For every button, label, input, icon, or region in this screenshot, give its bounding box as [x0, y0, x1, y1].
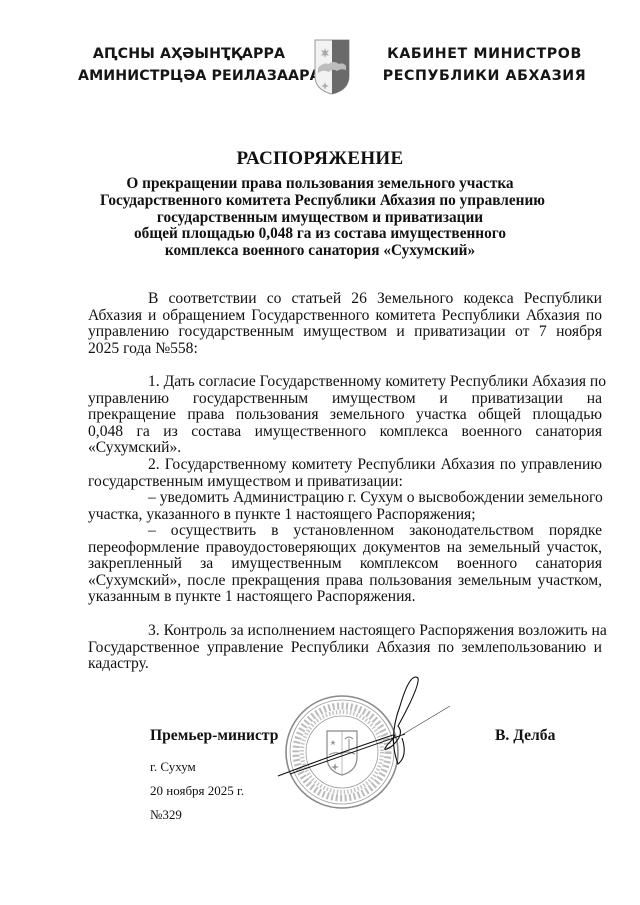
document-subject: О прекращении права пользования земельно… [100, 176, 540, 260]
header-russian-line-1: КАБИНЕТ МИНИСТРОВ [372, 43, 597, 65]
item-2-paragraph: 2. Государственному комитету Республики … [88, 457, 602, 490]
body-line: В соответствии со статьей 26 Земельного … [88, 291, 602, 308]
header-abkhaz-line-2: АМИНИСТРЦӘА РЕИЛАЗААРА [78, 65, 300, 87]
body-line: 1. Дать согласие Государственному комите… [88, 374, 602, 391]
coat-of-arms-icon [313, 38, 351, 96]
body-line: кадастру. [88, 656, 602, 673]
body-line: участка, указанного в пункте 1 настоящег… [88, 507, 602, 524]
header-abkhaz: АԤСНЫ АҲӘЫНҬҚАРРА АМИНИСТРЦӘА РЕИЛАЗААРА [78, 43, 300, 87]
body-line: «Сухумский», после прекращения права пол… [88, 573, 602, 590]
subject-line: комплекса военного санатория «Сухумский» [100, 243, 540, 260]
item-2a-paragraph: – уведомить Администрацию г. Сухум о выс… [88, 490, 602, 523]
preamble-paragraph: В соответствии со статьей 26 Земельного … [88, 291, 602, 357]
document-number: №329 [150, 807, 182, 823]
body-line: 3. Контроль за исполнением настоящего Ра… [88, 623, 602, 640]
item-3-paragraph: 3. Контроль за исполнением настоящего Ра… [88, 623, 602, 673]
handwritten-signature-icon [270, 676, 450, 786]
body-line: Государственное управление Республики Аб… [88, 640, 602, 657]
body-line: управлению государственным имуществом и … [88, 324, 602, 341]
header-russian-line-2: РЕСПУБЛИКИ АБХАЗИЯ [372, 65, 597, 87]
issue-city: г. Сухум [150, 759, 196, 775]
header-abkhaz-line-1: АԤСНЫ АҲӘЫНҬҚАРРА [78, 43, 300, 65]
subject-line: общей площадью 0,048 га из состава имуще… [100, 226, 540, 243]
body-line: Абхазия и обращением Государственного ко… [88, 308, 602, 325]
subject-line: государственным имуществом и приватизаци… [100, 210, 540, 227]
body-line: переоформление правоудостоверяющих докум… [88, 540, 602, 557]
signatory-name: В. Делба [495, 727, 555, 745]
item-2b-paragraph: – осуществить в установленном законодате… [88, 523, 602, 606]
body-line: государственным имуществом и приватизаци… [88, 474, 602, 491]
document-page: АԤСНЫ АҲӘЫНҬҚАРРА АМИНИСТРЦӘА РЕИЛАЗААРА… [0, 0, 640, 905]
body-line: – уведомить Администрацию г. Сухум о выс… [88, 490, 602, 507]
body-line: прекращение права пользования земельного… [88, 407, 602, 424]
body-line: 0,048 га из состава имущественного компл… [88, 424, 602, 441]
item-1-paragraph: 1. Дать согласие Государственному комите… [88, 374, 602, 457]
body-line: указанным в пункте 1 настоящего Распоряж… [88, 589, 602, 606]
signatory-role: Премьер-министр [150, 727, 278, 745]
body-line: «Сухумский». [88, 440, 602, 457]
body-line: закрепленный за имущественным комплексом… [88, 556, 602, 573]
header-russian: КАБИНЕТ МИНИСТРОВ РЕСПУБЛИКИ АБХАЗИЯ [372, 43, 597, 87]
subject-line: Государственного комитета Республики Абх… [100, 193, 540, 210]
issue-date: 20 ноября 2025 г. [150, 783, 244, 799]
body-line: – осуществить в установленном законодате… [88, 523, 602, 540]
body-line: 2025 года №558: [88, 341, 602, 358]
subject-line: О прекращении права пользования земельно… [100, 176, 540, 193]
document-type-title: РАСПОРЯЖЕНИЕ [0, 148, 640, 170]
body-line: управлению государственным имуществом и … [88, 391, 602, 408]
body-line: 2. Государственному комитету Республики … [88, 457, 602, 474]
